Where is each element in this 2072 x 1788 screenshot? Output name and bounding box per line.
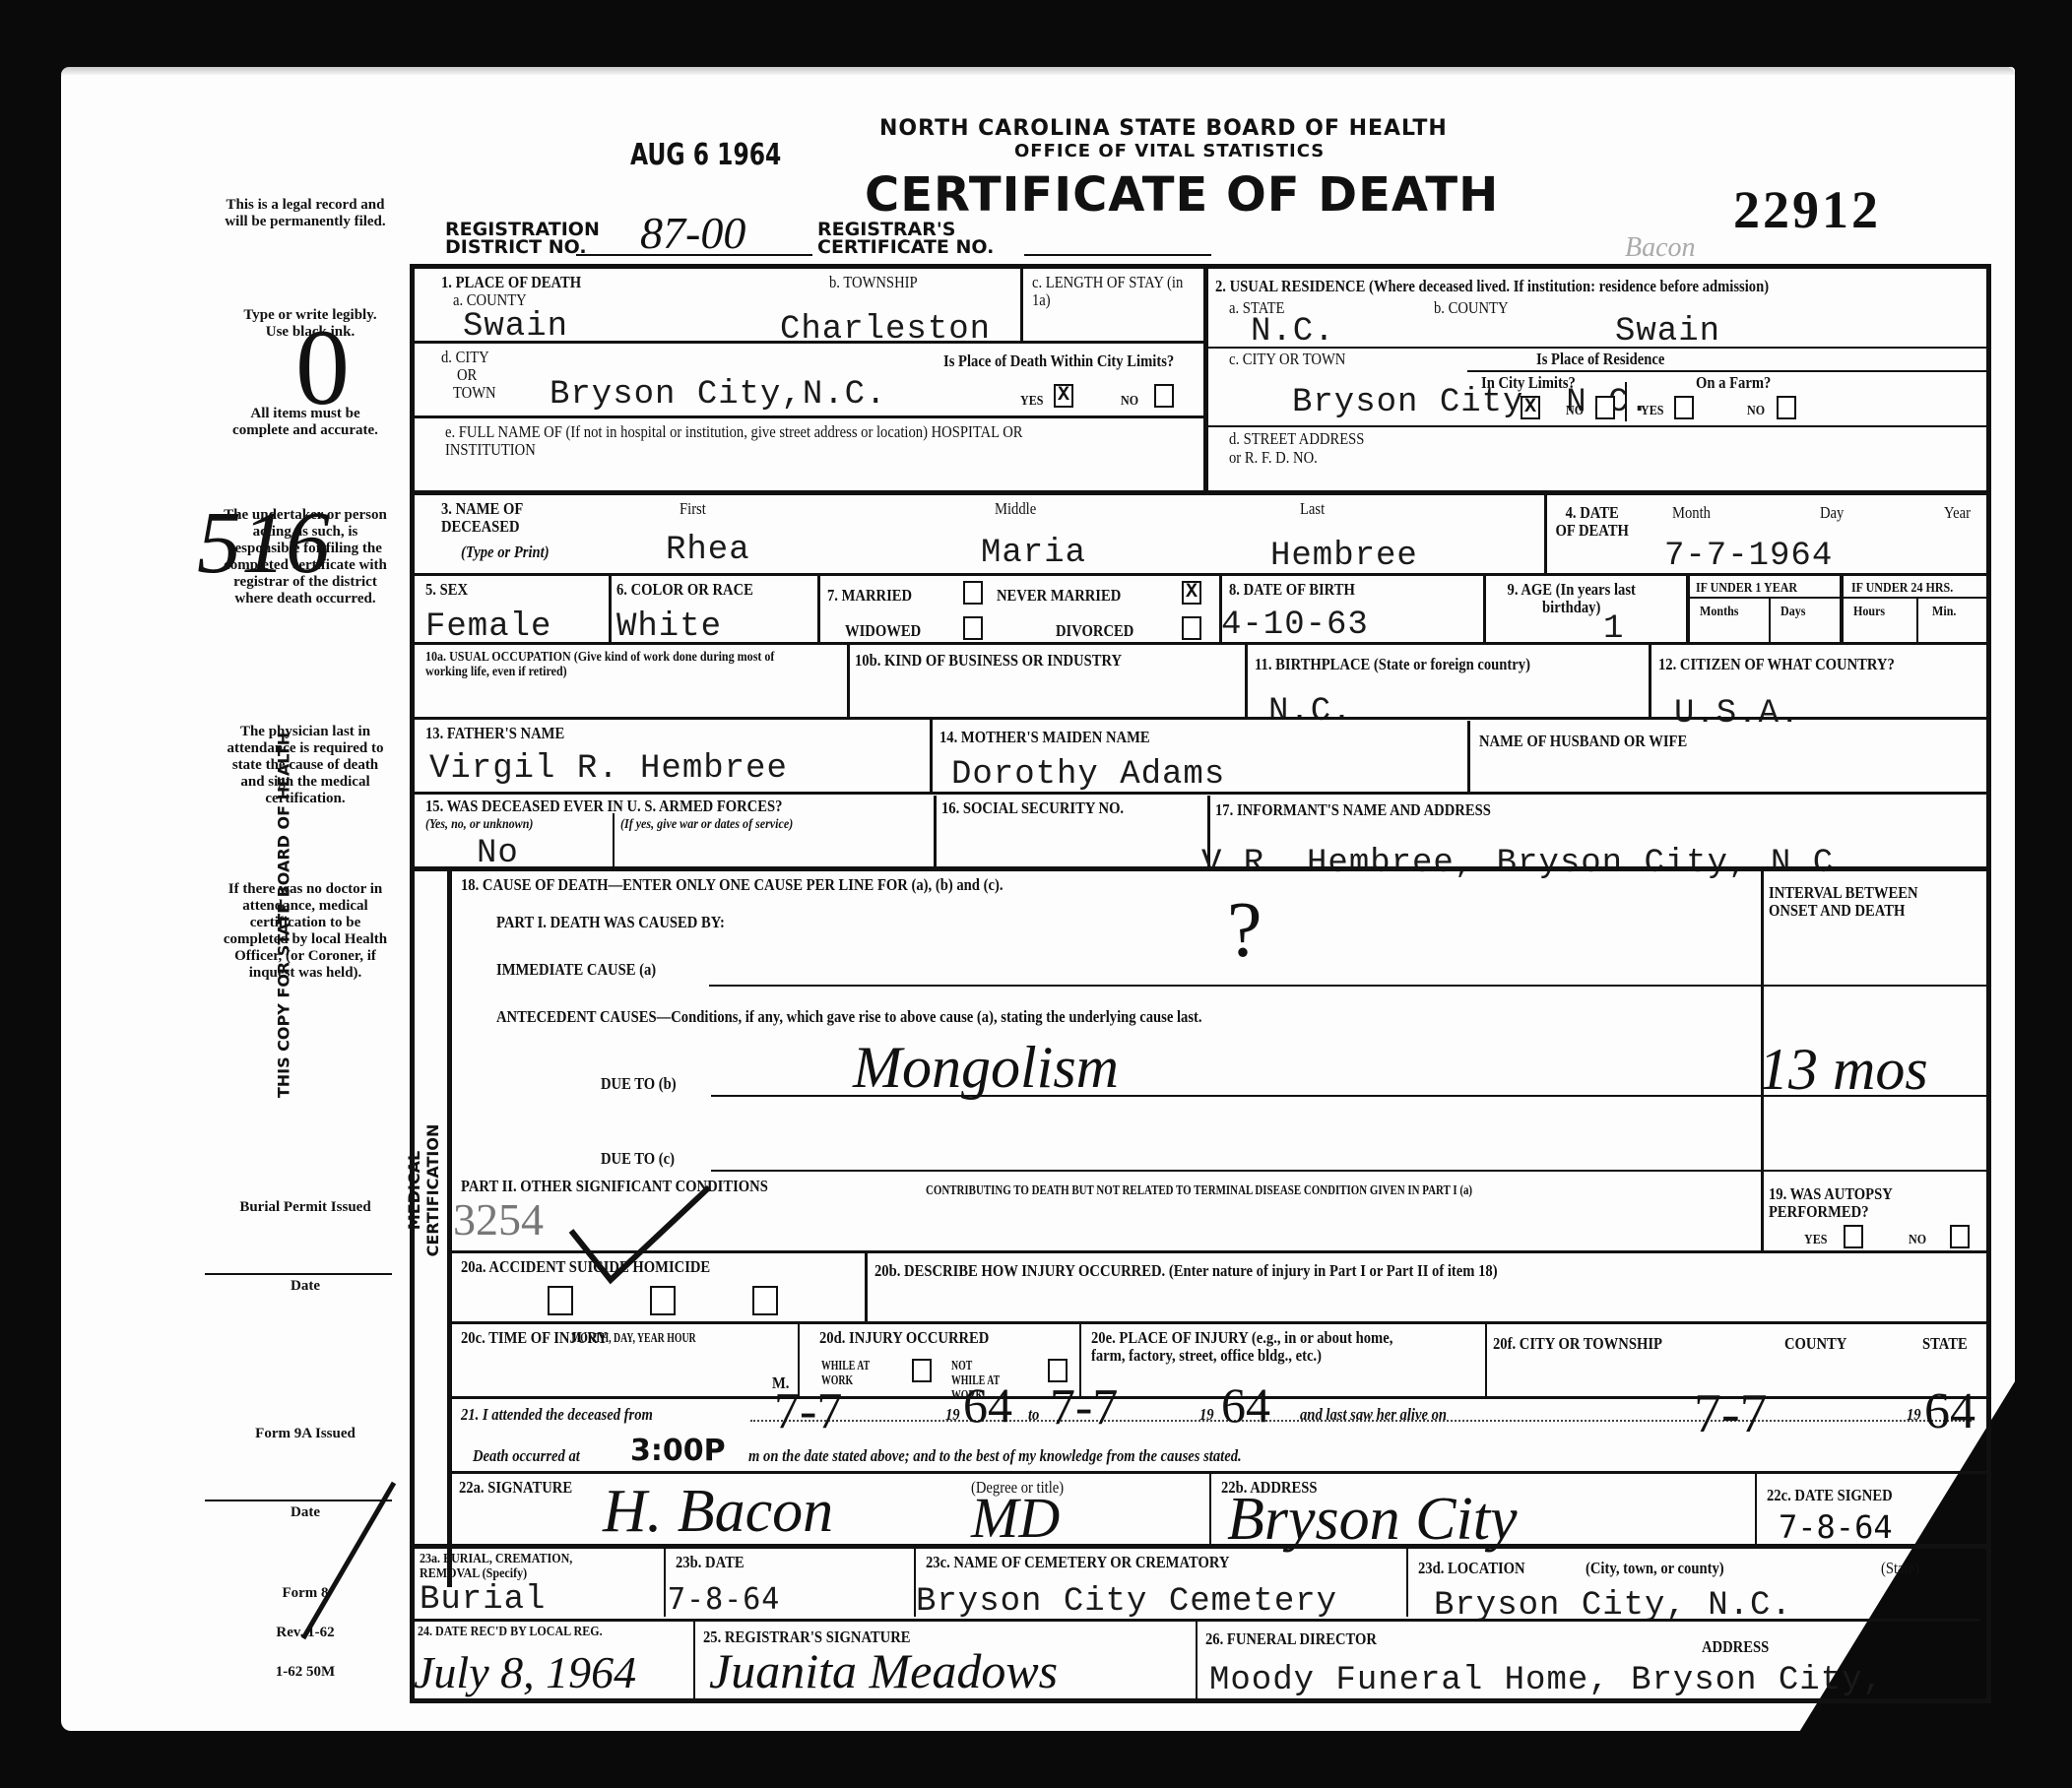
- attended-to-year: 64: [1221, 1376, 1270, 1434]
- part2-sub-label: CONTRIBUTING TO DEATH BUT NOT RELATED TO…: [926, 1183, 1472, 1198]
- margin-handwritten-0: 0: [295, 305, 350, 430]
- residence-label: 2. USUAL RESIDENCE (Where deceased lived…: [1215, 278, 1769, 295]
- row-divider: [1207, 425, 1989, 427]
- certificate-number: 22912: [1733, 179, 1881, 240]
- attended-from-year: 64: [963, 1376, 1012, 1434]
- row-divider: [1467, 370, 1989, 372]
- divider: [1840, 573, 1844, 642]
- hospital-label: e. FULL NAME OF (If not in hospital or i…: [445, 423, 1089, 459]
- attended-from-value: 7-7: [774, 1382, 842, 1440]
- margin-note-physician: The physician last in attendance is requ…: [222, 724, 389, 807]
- type-or-print-label: (Type or Print): [461, 543, 550, 561]
- row-divider: [414, 792, 1989, 795]
- deceased-first-name: Rhea: [666, 534, 750, 567]
- citizenship-value: U.S.A.: [1674, 697, 1800, 731]
- within-limits-label: Is Place of Death Within City Limits?: [943, 352, 1206, 370]
- due-to-c-label: DUE TO (c): [601, 1150, 675, 1168]
- injury-county-label: COUNTY: [1784, 1335, 1846, 1353]
- death-month-label: Month: [1672, 504, 1711, 522]
- father-name-label: 13. FATHER'S NAME: [425, 725, 564, 742]
- minutes-label: Min.: [1932, 605, 1956, 619]
- immediate-cause-line: [709, 985, 1989, 987]
- date-received-value: July 8, 1964: [414, 1646, 636, 1698]
- divider: [865, 1250, 868, 1321]
- due-to-b-label: DUE TO (b): [601, 1075, 677, 1093]
- agency-name: NORTH CAROLINA STATE BOARD OF HEALTH: [879, 116, 1448, 141]
- divider: [1755, 1471, 1757, 1544]
- deceased-middle-name: Maria: [981, 537, 1086, 570]
- death-occurred-rest: m on the date stated above; and to the b…: [748, 1447, 1242, 1465]
- married-label: 7. MARRIED: [827, 587, 912, 605]
- deceased-name-label: 3. NAME OF DECEASED: [441, 500, 543, 536]
- row-divider: [414, 717, 1989, 720]
- city-label-2: OR: [457, 366, 477, 384]
- informant-label: 17. INFORMANT'S NAME AND ADDRESS: [1215, 801, 1491, 819]
- date-signed-value: 7-8-64: [1779, 1508, 1893, 1546]
- interval-label: INTERVAL BETWEEN ONSET AND DEATH: [1769, 884, 1964, 920]
- row-divider: [414, 341, 1205, 344]
- divider: [1196, 1621, 1198, 1699]
- due-to-c-line: [711, 1170, 1989, 1172]
- divider: [1467, 721, 1470, 792]
- place-city-value: Bryson City,N.C.: [550, 378, 886, 412]
- burial-permit-label: Burial Permit Issued: [207, 1199, 404, 1216]
- within-limits-yes-checkbox[interactable]: X: [1054, 384, 1073, 408]
- divider: [1916, 599, 1918, 642]
- county-label: a. COUNTY: [453, 291, 527, 309]
- divider: [1209, 1471, 1211, 1544]
- margin-note-no-doctor: If there was no doctor in attendance, me…: [222, 881, 389, 982]
- age-label: 9. AGE (In years last birthday): [1491, 581, 1651, 616]
- divider: [934, 796, 937, 866]
- last-saw-year: 64: [1924, 1382, 1975, 1440]
- part1-question-mark: ?: [1227, 886, 1263, 976]
- armed-forces-sub2: (If yes, give war or dates of service): [620, 817, 793, 832]
- married-checkbox[interactable]: [963, 581, 983, 605]
- burial-state-label: (State): [1881, 1560, 1919, 1577]
- form-print-run: 1-62 50M: [222, 1664, 389, 1681]
- death-date-value: 7-7-1964: [1664, 540, 1833, 573]
- injury-occurred-label: 20d. INJURY OCCURRED: [819, 1329, 989, 1347]
- burial-date-label: 23b. DATE: [676, 1554, 745, 1571]
- burial-permit-date-line: [205, 1273, 392, 1275]
- divider: [1625, 382, 1627, 421]
- hours-label: Hours: [1853, 605, 1885, 619]
- mother-name-label: 14. MOTHER'S MAIDEN NAME: [939, 729, 1150, 746]
- divider-stay: [1020, 266, 1023, 341]
- spouse-name-label: NAME OF HUSBAND OR WIFE: [1479, 733, 1687, 750]
- funeral-director-label: 26. FUNERAL DIRECTOR: [1205, 1630, 1377, 1648]
- burial-method-value: Burial: [420, 1583, 546, 1617]
- divider: [817, 573, 820, 642]
- injury-state-label: STATE: [1922, 1335, 1968, 1353]
- never-married-checkbox[interactable]: X: [1182, 581, 1201, 605]
- on-farm-yes-checkbox[interactable]: [1674, 396, 1694, 419]
- armed-forces-value: No: [477, 837, 519, 870]
- registrar-certificate-label: REGISTRAR'S CERTIFICATE NO.: [817, 221, 994, 256]
- accident-suicide-homicide-label: 20a. ACCIDENT SUICIDE HOMICIDE: [461, 1258, 710, 1276]
- birthplace-label: 11. BIRTHPLACE (State or foreign country…: [1255, 656, 1530, 673]
- sex-value: Female: [425, 610, 551, 644]
- row-divider: [1688, 597, 1989, 599]
- months-label: Months: [1700, 605, 1738, 619]
- armed-forces-sub1: (Yes, no, or unknown): [425, 817, 533, 832]
- first-name-label: First: [680, 500, 706, 518]
- margin-note-legal: This is a legal record and will be perma…: [222, 197, 389, 230]
- part2-code: 3254: [453, 1193, 544, 1245]
- place-county-value: Swain: [463, 310, 568, 344]
- time-of-injury-sub: MONTH, DAY, YEAR HOUR: [571, 1331, 696, 1346]
- place-of-death-label: 1. PLACE OF DEATH: [441, 274, 581, 291]
- race-value: White: [616, 610, 722, 644]
- antecedent-label: ANTECEDENT CAUSES—Conditions, if any, wh…: [496, 1008, 1202, 1026]
- autopsy-label: 19. WAS AUTOPSY PERFORMED?: [1769, 1185, 1938, 1221]
- on-farm-yes-label: YES: [1641, 404, 1663, 418]
- township-label: b. TOWNSHIP: [829, 274, 918, 291]
- days-label: Days: [1781, 605, 1805, 619]
- on-farm-label: On a Farm?: [1696, 374, 1771, 392]
- autopsy-no-checkbox[interactable]: [1950, 1225, 1970, 1248]
- attended-to-value: 7-7: [1050, 1378, 1118, 1437]
- in-city-yes-checkbox[interactable]: X: [1521, 396, 1540, 419]
- attended-label: 21. I attended the deceased from: [461, 1406, 653, 1424]
- divider: [1686, 573, 1690, 642]
- divider: [930, 717, 933, 792]
- divider: [847, 642, 850, 717]
- divider: [1761, 1168, 1764, 1252]
- birth-date-label: 8. DATE OF BIRTH: [1229, 581, 1355, 599]
- divider: [1761, 870, 1764, 1195]
- never-married-label: NEVER MARRIED: [997, 587, 1121, 605]
- pencil-note: Bacon: [1625, 232, 1696, 264]
- middle-name-label: Middle: [995, 500, 1036, 518]
- place-of-residence-label: Is Place of Residence: [1536, 351, 1664, 368]
- registration-district-label: REGISTRATION DISTRICT NO.: [445, 221, 600, 256]
- divider: [1406, 1548, 1408, 1617]
- burial-method-label: 23a. BURIAL, CREMATION, REMOVAL (Specify…: [420, 1552, 622, 1581]
- burial-location-value: Bryson City, N.C.: [1434, 1589, 1792, 1623]
- margin-pen-stroke: [295, 1477, 404, 1644]
- interval-b-value: 13 mos: [1759, 1036, 1928, 1104]
- due-to-b-value: Mongolism: [853, 1034, 1119, 1102]
- part1-label: PART I. DEATH WAS CAUSED BY:: [496, 914, 725, 931]
- degree-value: MD: [971, 1485, 1060, 1551]
- paper-top-edge: [61, 67, 2015, 75]
- section-divider: [412, 866, 1991, 871]
- row-divider: [414, 642, 1989, 645]
- divider: [1483, 573, 1486, 642]
- occupation-label: 10a. USUAL OCCUPATION (Give kind of work…: [425, 650, 790, 679]
- row-divider: [451, 1250, 1989, 1253]
- registrar-certificate-line: [1024, 254, 1211, 256]
- section-divider: [412, 1544, 1991, 1549]
- date-received-label: 24. DATE REC'D BY LOCAL REG.: [418, 1625, 646, 1639]
- death-day-label: Day: [1820, 504, 1844, 522]
- divider: [1245, 642, 1248, 717]
- armed-forces-label: 15. WAS DECEASED EVER IN U. S. ARMED FOR…: [425, 798, 782, 815]
- section-divider: [412, 490, 1991, 495]
- accident-checkbox[interactable]: [548, 1286, 573, 1315]
- medical-certification-label: MEDICAL CERTIFICATION: [405, 1092, 442, 1289]
- residence-city-label: c. CITY OR TOWN: [1229, 351, 1345, 368]
- form9a-label: Form 9A Issued: [222, 1426, 389, 1442]
- length-of-stay-label: c. LENGTH OF STAY (in 1a): [1032, 274, 1201, 309]
- in-city-no-checkbox[interactable]: [1595, 396, 1615, 419]
- divorced-label: DIVORCED: [1056, 622, 1133, 640]
- physician-signature: H. Bacon: [603, 1477, 833, 1547]
- last-name-label: Last: [1300, 500, 1325, 518]
- divider: [613, 813, 615, 866]
- burial-location-sub: (City, town, or county): [1586, 1560, 1724, 1577]
- mother-name-value: Dorothy Adams: [951, 758, 1225, 792]
- attended-from-year-prefix: 19: [945, 1406, 960, 1424]
- death-occurred-label: Death occurred at: [473, 1447, 580, 1465]
- document-title: CERTIFICATE OF DEATH: [865, 167, 1499, 223]
- registrar-signature-value: Juanita Meadows: [709, 1642, 1058, 1699]
- under-1-year-label: IF UNDER 1 YEAR: [1696, 581, 1797, 596]
- row-divider: [451, 1471, 1989, 1474]
- birth-date-value: 4-10-63: [1221, 608, 1369, 642]
- city-label-1: d. CITY: [441, 349, 489, 366]
- row-divider: [414, 573, 1989, 576]
- divorced-checkbox[interactable]: [1182, 616, 1201, 640]
- immediate-cause-label: IMMEDIATE CAUSE (a): [496, 961, 656, 979]
- row-divider: [1207, 347, 1989, 349]
- under-24-hrs-label: IF UNDER 24 HRS.: [1851, 581, 1953, 596]
- autopsy-yes-label: YES: [1804, 1233, 1827, 1247]
- on-farm-no-checkbox[interactable]: [1777, 396, 1796, 419]
- divider: [693, 1621, 695, 1699]
- within-limits-yes-label: YES: [1020, 394, 1043, 409]
- divider: [664, 1548, 666, 1617]
- attended-to-label: to: [1028, 1406, 1039, 1424]
- ssn-label: 16. SOCIAL SECURITY NO.: [941, 799, 1124, 817]
- residence-county-value: Swain: [1615, 315, 1720, 349]
- date-signed-label: 22c. DATE SIGNED: [1767, 1487, 1893, 1504]
- widowed-checkbox[interactable]: [963, 616, 983, 640]
- margin-handwritten-516: 516: [197, 492, 330, 594]
- in-city-no-label: NO: [1566, 404, 1584, 418]
- age-value: 1: [1603, 612, 1624, 646]
- divider-section1-2: [1203, 264, 1208, 492]
- burial-date-value: 7-8-64: [668, 1583, 780, 1617]
- birthplace-value: N.C.: [1268, 695, 1353, 729]
- place-of-injury-label: 20e. PLACE OF INJURY (e.g., in or about …: [1091, 1329, 1430, 1365]
- registration-district-value: 87-00: [640, 207, 745, 259]
- divider: [1769, 599, 1771, 642]
- sex-label: 5. SEX: [425, 581, 468, 599]
- street-address-label: d. STREET ADDRESS or R. F. D. NO.: [1229, 429, 1365, 467]
- last-saw-year-prefix: 19: [1907, 1406, 1921, 1424]
- residence-county-label: b. COUNTY: [1434, 299, 1509, 317]
- citizenship-label: 12. CITIZEN OF WHAT COUNTRY?: [1658, 656, 1895, 673]
- divider: [1649, 642, 1651, 717]
- informant-value: V.R. Hembree, Bryson City, N.C.: [1201, 847, 1855, 880]
- describe-injury-label: 20b. DESCRIBE HOW INJURY OCCURRED. (Ente…: [874, 1262, 1498, 1280]
- homicide-checkbox[interactable]: [752, 1286, 778, 1315]
- autopsy-no-label: NO: [1909, 1233, 1926, 1247]
- father-name-value: Virgil R. Hembree: [429, 752, 788, 786]
- last-saw-label: and last saw her alive on: [1300, 1406, 1447, 1424]
- burial-location-label: 23d. LOCATION: [1418, 1560, 1525, 1577]
- received-date-stamp: AUG 6 1964: [630, 138, 781, 172]
- death-time-value: 3:00P: [630, 1434, 726, 1468]
- cause-of-death-label: 18. CAUSE OF DEATH—ENTER ONLY ONE CAUSE …: [461, 876, 1003, 894]
- while-at-work-checkbox[interactable]: [912, 1359, 932, 1382]
- autopsy-yes-checkbox[interactable]: [1844, 1225, 1863, 1248]
- burial-permit-date-label: Date: [222, 1278, 389, 1295]
- row-divider: [414, 415, 1205, 418]
- divider: [1544, 494, 1547, 573]
- funeral-address-label: ADDRESS: [1702, 1638, 1769, 1656]
- widowed-label: WIDOWED: [845, 622, 921, 640]
- death-year-label: Year: [1944, 504, 1971, 522]
- race-label: 6. COLOR OR RACE: [616, 581, 753, 599]
- within-limits-no-label: NO: [1121, 394, 1138, 409]
- row-divider: [451, 1321, 1989, 1324]
- margin-vertical-label: THIS COPY FOR STATE BOARD OF HEALTH: [275, 699, 293, 1132]
- divider: [609, 573, 612, 642]
- medical-cert-border: [447, 866, 452, 1587]
- residence-state-value: N.C.: [1251, 315, 1335, 349]
- cemetery-value: Bryson City Cemetery: [916, 1585, 1337, 1619]
- death-date-label: 4. DATE OF DEATH: [1554, 504, 1630, 540]
- city-label-3: TOWN: [453, 384, 496, 402]
- business-label: 10b. KIND OF BUSINESS OR INDUSTRY: [855, 652, 1122, 670]
- divider: [1485, 1321, 1487, 1396]
- suicide-checkbox[interactable]: [650, 1286, 676, 1315]
- funeral-director-value: Moody Funeral Home, Bryson City,: [1209, 1664, 1884, 1697]
- cemetery-label: 23c. NAME OF CEMETERY OR CREMATORY: [926, 1554, 1229, 1571]
- within-limits-no-checkbox[interactable]: [1154, 384, 1174, 408]
- attended-to-year-prefix: 19: [1199, 1406, 1214, 1424]
- on-farm-no-label: NO: [1747, 404, 1765, 418]
- last-saw-value: 7-7: [1694, 1382, 1768, 1445]
- deceased-last-name: Hembree: [1270, 540, 1418, 573]
- office-name: OFFICE OF VITAL STATISTICS: [1014, 141, 1325, 161]
- signature-label: 22a. SIGNATURE: [459, 1479, 572, 1497]
- city-township-label: 20f. CITY OR TOWNSHIP: [1493, 1335, 1662, 1353]
